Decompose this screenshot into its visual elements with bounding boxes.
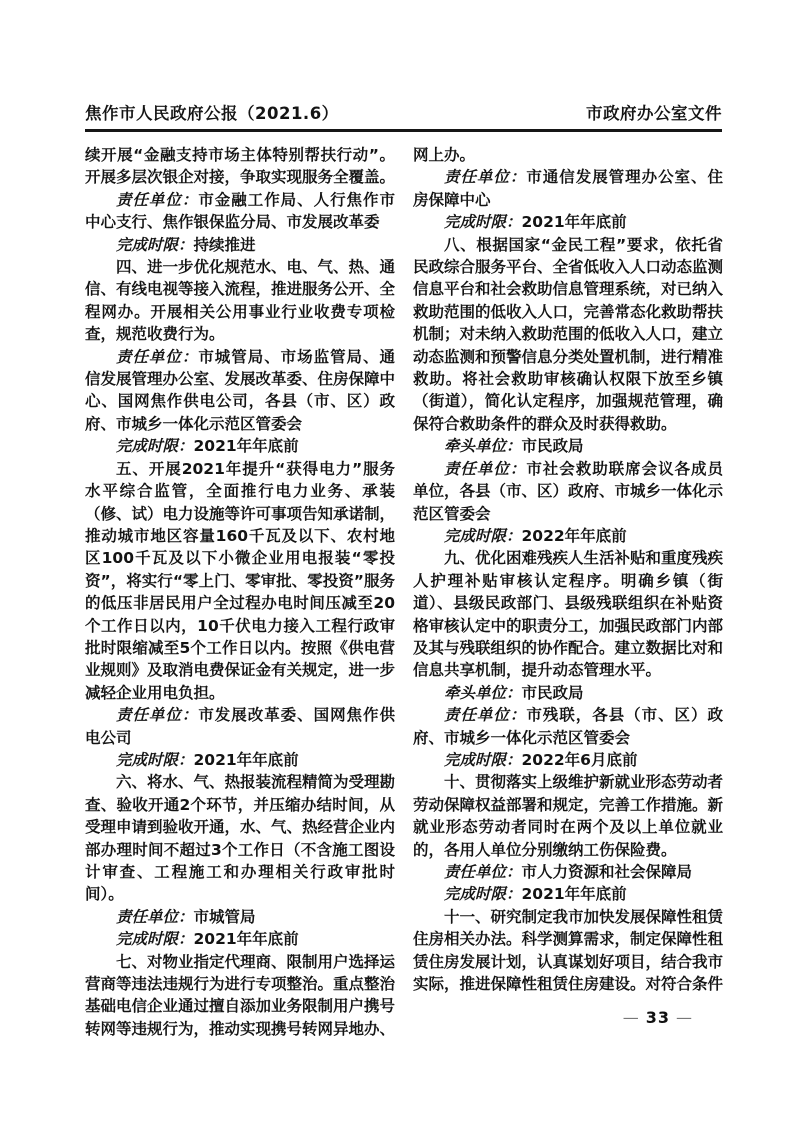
unit-label: 牵头单位：	[444, 684, 522, 702]
unit-line: 责任单位：市人力资源和社会保障局	[413, 861, 723, 883]
unit-line: 完成时限：2021年年底前	[413, 211, 723, 233]
unit-line: 责任单位：市城管局、市场监管局、通信发展管理办公室、发展改革委、住房保障中心、国…	[85, 346, 395, 436]
paragraph-text: 九、优化困难残疾人生活补贴和重度残疾人护理补贴审核认定程序。明确乡镇（街道）、县…	[413, 549, 723, 679]
unit-label: 完成时限：	[116, 437, 194, 455]
unit-label: 完成时限：	[444, 213, 522, 231]
paragraph-text: 十一、研究制定我市加快发展保障性租赁住房相关办法。科学测算需求，制定保障性租赁住…	[413, 908, 723, 993]
body-columns: 续开展“金融支持市场主体特别帮扶行动”。开展多层次银企对接，争取实现服务全覆盖。…	[85, 144, 723, 1040]
unit-line: 牵头单位：市民政局	[413, 435, 723, 457]
unit-line: 责任单位：市发展改革委、国网焦作供电公司	[85, 704, 395, 749]
paragraph-text: 2022年年底前	[522, 527, 627, 545]
paragraph-text: 市民政局	[522, 437, 584, 455]
unit-label: 完成时限：	[444, 751, 522, 769]
unit-line: 完成时限：持续推进	[85, 234, 395, 256]
paragraph: 九、优化困难残疾人生活补贴和重度残疾人护理补贴审核认定程序。明确乡镇（街道）、县…	[413, 547, 723, 681]
paragraph-text: 市民政局	[522, 684, 584, 702]
page-number: 33	[646, 1008, 670, 1027]
paragraph-text: 八、根据国家“金民工程”要求，依托省民政综合服务平台、全省低收入人口动态监测信息…	[413, 236, 723, 433]
unit-label: 责任单位：	[444, 863, 522, 881]
unit-line: 牵头单位：市民政局	[413, 682, 723, 704]
unit-label: 责任单位：	[444, 706, 526, 724]
unit-label: 责任单位：	[116, 706, 198, 724]
unit-line: 完成时限：2021年年底前	[85, 928, 395, 950]
paragraph: 四、进一步优化规范水、电、气、热、通信、有线电视等接入流程，推进服务公开、全程网…	[85, 256, 395, 346]
unit-label: 责任单位：	[116, 908, 194, 926]
unit-label: 责任单位：	[116, 348, 198, 366]
footer-dash-left: —	[623, 1008, 640, 1027]
paragraph-text: 网上办。	[413, 146, 475, 164]
paragraph-text: 六、将水、气、热报装流程精简为受理勘查、验收开通2个环节，并压缩办结时间，从受理…	[85, 773, 395, 903]
footer-dash-right: —	[676, 1008, 693, 1027]
unit-line: 责任单位：市残联，各县（市、区）政府、市城乡一体化示范区管委会	[413, 704, 723, 749]
document-category-label: 市政府办公室文件	[586, 100, 722, 124]
paragraph-text: 四、进一步优化规范水、电、气、热、通信、有线电视等接入流程，推进服务公开、全程网…	[85, 258, 395, 343]
unit-label: 牵头单位：	[444, 437, 522, 455]
paragraph-text: 持续推进	[194, 236, 256, 254]
unit-label: 责任单位：	[116, 191, 198, 209]
unit-label: 完成时限：	[116, 236, 194, 254]
paragraph-text: 续开展“金融支持市场主体特别帮扶行动”。开展多层次银企对接，争取实现服务全覆盖。	[85, 146, 395, 186]
paragraph: 续开展“金融支持市场主体特别帮扶行动”。开展多层次银企对接，争取实现服务全覆盖。	[85, 144, 395, 189]
unit-line: 完成时限：2021年年底前	[85, 435, 395, 457]
unit-line: 责任单位：市通信发展管理办公室、住房保障中心	[413, 166, 723, 211]
unit-label: 完成时限：	[116, 930, 194, 948]
unit-label: 完成时限：	[444, 885, 522, 903]
paragraph-text: 五、开展2021年提升“获得电力”服务水平综合监管，全面推行电力业务、承装（修、…	[85, 460, 395, 702]
paragraph: 十、贯彻落实上级维护新就业形态劳动者劳动保障权益部署和规定，完善工作措施。新就业…	[413, 771, 723, 861]
paragraph: 十一、研究制定我市加快发展保障性租赁住房相关办法。科学测算需求，制定保障性租赁住…	[413, 906, 723, 996]
page-footer: —33—	[623, 1008, 693, 1027]
header-divider	[85, 129, 722, 132]
paragraph: 七、对物业指定代理商、限制用户选择运营商等违法违规行为进行专项整治。重点整治基础…	[85, 951, 395, 1041]
unit-label: 责任单位：	[444, 168, 526, 186]
paragraph-text: 2021年年底前	[194, 751, 299, 769]
left-column: 续开展“金融支持市场主体特别帮扶行动”。开展多层次银企对接，争取实现服务全覆盖。…	[85, 144, 395, 1040]
page-header: 焦作市人民政府公报（2021.6） 市政府办公室文件	[85, 100, 722, 124]
unit-label: 责任单位：	[444, 460, 526, 478]
gazette-title: 焦作市人民政府公报（2021.6）	[85, 100, 339, 124]
unit-line: 责任单位：市金融工作局、人行焦作市中心支行、焦作银保监分局、市发展改革委	[85, 189, 395, 234]
paragraph-text: 十、贯彻落实上级维护新就业形态劳动者劳动保障权益部署和规定，完善工作措施。新就业…	[413, 773, 723, 858]
unit-line: 完成时限：2021年年底前	[85, 749, 395, 771]
unit-line: 完成时限：2022年6月底前	[413, 749, 723, 771]
paragraph-text: 市城管局	[194, 908, 256, 926]
paragraph-text: 2021年年底前	[522, 885, 627, 903]
document-page: 焦作市人民政府公报（2021.6） 市政府办公室文件 续开展“金融支持市场主体特…	[0, 0, 793, 1122]
paragraph-text: 七、对物业指定代理商、限制用户选择运营商等违法违规行为进行专项整治。重点整治基础…	[85, 953, 395, 1038]
unit-line: 责任单位：市城管局	[85, 906, 395, 928]
paragraph-text: 市人力资源和社会保障局	[522, 863, 693, 881]
paragraph: 五、开展2021年提升“获得电力”服务水平综合监管，全面推行电力业务、承装（修、…	[85, 458, 395, 704]
unit-line: 完成时限：2021年年底前	[413, 883, 723, 905]
unit-label: 完成时限：	[116, 751, 194, 769]
right-column: 网上办。责任单位：市通信发展管理办公室、住房保障中心完成时限：2021年年底前八…	[413, 144, 723, 1040]
paragraph: 八、根据国家“金民工程”要求，依托省民政综合服务平台、全省低收入人口动态监测信息…	[413, 234, 723, 436]
paragraph-text: 2022年6月底前	[522, 751, 638, 769]
unit-label: 完成时限：	[444, 527, 522, 545]
unit-line: 完成时限：2022年年底前	[413, 525, 723, 547]
paragraph: 六、将水、气、热报装流程精简为受理勘查、验收开通2个环节，并压缩办结时间，从受理…	[85, 771, 395, 905]
paragraph-text: 2021年年底前	[194, 930, 299, 948]
paragraph-text: 2021年年底前	[522, 213, 627, 231]
paragraph-text: 2021年年底前	[194, 437, 299, 455]
unit-line: 责任单位：市社会救助联席会议各成员单位，各县（市、区）政府、市城乡一体化示范区管…	[413, 458, 723, 525]
paragraph: 网上办。	[413, 144, 723, 166]
